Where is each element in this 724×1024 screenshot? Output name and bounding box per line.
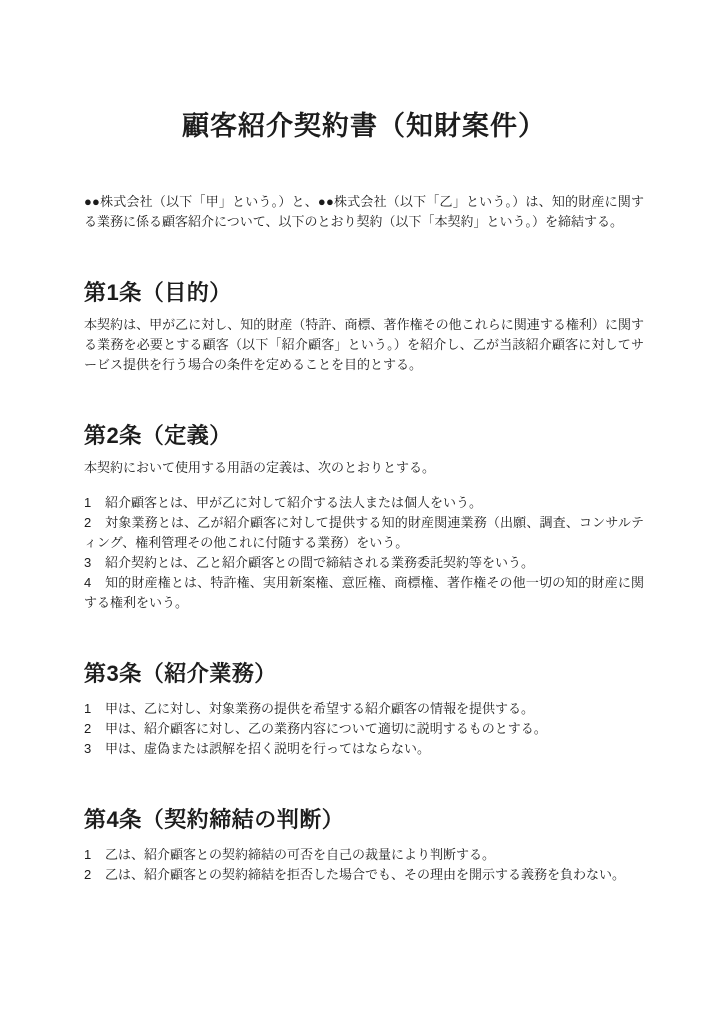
article-2-clauses: 1紹介顧客とは、甲が乙に対して紹介する法人または個人をいう。 2対象業務とは、乙… [84, 493, 644, 613]
contract-document-page: 顧客紹介契約書（知財案件） ●●株式会社（以下「甲」という。）と、●●株式会社（… [0, 0, 724, 1024]
article-2-heading: 第2条（定義） [84, 421, 644, 451]
clause: 4知的財産権とは、特許権、実用新案権、意匠権、商標権、著作権その他一切の知的財産… [84, 573, 644, 613]
article-3-clauses: 1甲は、乙に対し、対象業務の提供を希望する紹介顧客の情報を提供する。 2甲は、紹… [84, 699, 644, 759]
article-4-contract-decision: 第4条（契約締結の判断） 1乙は、紹介顧客との契約締結の可否を自己の裁量により判… [84, 805, 644, 885]
article-1-heading: 第1条（目的） [84, 278, 644, 308]
preamble-paragraph: ●●株式会社（以下「甲」という。）と、●●株式会社（以下「乙」という。）は、知的… [84, 192, 644, 232]
clause-text: 乙は、紹介顧客との契約締結を拒否した場合でも、その理由を開示する義務を負わない。 [105, 867, 625, 882]
article-1-body: 本契約は、甲が乙に対し、知的財産（特許、商標、著作権その他これらに関連する権利）… [84, 315, 644, 375]
clause-text: 甲は、紹介顧客に対し、乙の業務内容について適切に説明するものとする。 [105, 721, 547, 736]
clause-number: 2 [84, 865, 95, 885]
clause-number: 3 [84, 739, 95, 759]
clause: 1乙は、紹介顧客との契約締結の可否を自己の裁量により判断する。 [84, 845, 644, 865]
document-title: 顧客紹介契約書（知財案件） [84, 106, 644, 146]
clause-text: 対象業務とは、乙が紹介顧客に対して提供する知的財産関連業務（出願、調査、コンサル… [84, 515, 644, 550]
article-2-body: 本契約において使用する用語の定義は、次のとおりとする。 [84, 458, 644, 478]
clause: 1紹介顧客とは、甲が乙に対して紹介する法人または個人をいう。 [84, 493, 644, 513]
clause: 2甲は、紹介顧客に対し、乙の業務内容について適切に説明するものとする。 [84, 719, 644, 739]
article-2-definitions: 第2条（定義） 本契約において使用する用語の定義は、次のとおりとする。 1紹介顧… [84, 421, 644, 613]
article-3-referral-services: 第3条（紹介業務） 1甲は、乙に対し、対象業務の提供を希望する紹介顧客の情報を提… [84, 659, 644, 759]
document-content: 顧客紹介契約書（知財案件） ●●株式会社（以下「甲」という。）と、●●株式会社（… [0, 106, 724, 885]
clause-number: 1 [84, 699, 95, 719]
article-4-heading: 第4条（契約締結の判断） [84, 805, 644, 835]
clause: 2乙は、紹介顧客との契約締結を拒否した場合でも、その理由を開示する義務を負わない… [84, 865, 644, 885]
clause-text: 乙は、紹介顧客との契約締結の可否を自己の裁量により判断する。 [105, 847, 495, 862]
article-3-heading: 第3条（紹介業務） [84, 659, 644, 689]
clause-number: 4 [84, 573, 95, 593]
clause: 2対象業務とは、乙が紹介顧客に対して提供する知的財産関連業務（出願、調査、コンサ… [84, 513, 644, 553]
clause-number: 2 [84, 719, 95, 739]
clause-text: 紹介契約とは、乙と紹介顧客との間で締結される業務委託契約等をいう。 [105, 555, 534, 570]
article-1-purpose: 第1条（目的） 本契約は、甲が乙に対し、知的財産（特許、商標、著作権その他これら… [84, 278, 644, 375]
clause-text: 甲は、乙に対し、対象業務の提供を希望する紹介顧客の情報を提供する。 [105, 701, 534, 716]
clause-number: 3 [84, 553, 95, 573]
clause: 3紹介契約とは、乙と紹介顧客との間で締結される業務委託契約等をいう。 [84, 553, 644, 573]
clause-number: 1 [84, 493, 95, 513]
clause-text: 知的財産権とは、特許権、実用新案権、意匠権、商標権、著作権その他一切の知的財産に… [84, 575, 644, 610]
article-4-clauses: 1乙は、紹介顧客との契約締結の可否を自己の裁量により判断する。 2乙は、紹介顧客… [84, 845, 644, 885]
clause: 3甲は、虚偽または誤解を招く説明を行ってはならない。 [84, 739, 644, 759]
clause-text: 甲は、虚偽または誤解を招く説明を行ってはならない。 [105, 741, 430, 756]
clause-number: 2 [84, 513, 95, 533]
clause-number: 1 [84, 845, 95, 865]
clause-text: 紹介顧客とは、甲が乙に対して紹介する法人または個人をいう。 [105, 495, 482, 510]
clause: 1甲は、乙に対し、対象業務の提供を希望する紹介顧客の情報を提供する。 [84, 699, 644, 719]
